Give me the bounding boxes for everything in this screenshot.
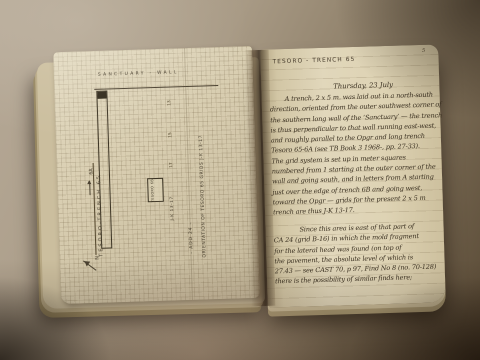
grid-tick-label: 17	[169, 158, 174, 172]
north-label: N	[94, 252, 100, 264]
entry-date: Thursday, 23 July	[333, 81, 393, 91]
notebook-photo: SANCTUARY - WALL TESORO-TRENCH 65 6A 13 …	[0, 0, 480, 360]
entry-header: TESORO - TRENCH 65	[273, 57, 356, 65]
paragraph-2: Since this area is east of that part of …	[273, 221, 441, 288]
right-page: 5 TESORO - TRENCH 65 Thursday, 23 July A…	[260, 44, 446, 307]
graph-paper-sheet: SANCTUARY - WALL TESORO-TRENCH 65 6A 13 …	[53, 46, 260, 304]
grid-range-label: J-K 13-17	[168, 172, 175, 220]
wall-edge-line	[94, 85, 218, 90]
page-number: 5	[422, 48, 425, 54]
paragraph-1: A trench, 2 x 5 m. was laid out in a nor…	[270, 91, 440, 219]
trench-6b-label: TESORO 6B	[150, 180, 155, 202]
trench-filled-end	[97, 92, 106, 99]
add-note: – ADD 24 –	[188, 206, 195, 254]
trench-6b-box: TESORO 6B	[147, 178, 164, 202]
grid-tick-label: 13	[167, 96, 172, 110]
orientation-caption: ORIENTATION OF TESORO 65 GRIDS J-K 13-17	[198, 126, 207, 258]
grid-tick-label: 15	[168, 128, 173, 142]
trench-6a-label: 6A	[89, 158, 95, 184]
sanctuary-wall-label: SANCTUARY - WALL	[98, 70, 179, 78]
